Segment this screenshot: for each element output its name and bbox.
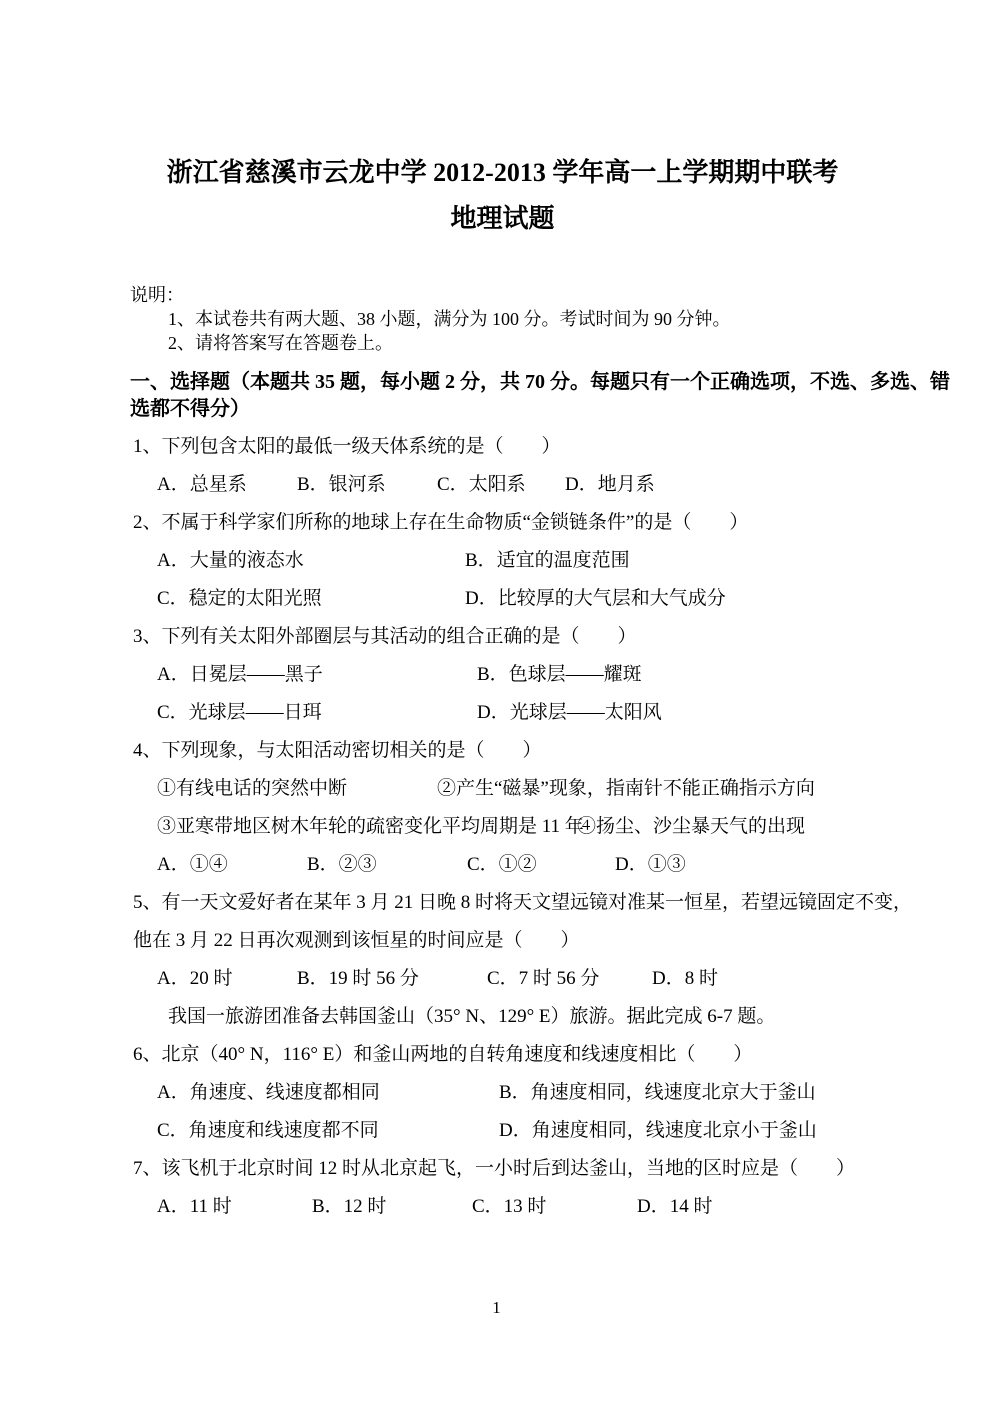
question-q7: 7、该飞机于北京时间 12 时从北京起飞，一小时后到达釜山，当地的区时应是（ ）… <box>130 1159 875 1217</box>
option: C．7 时 56 分 <box>487 969 652 989</box>
question-stem: 6、北京（40° N，116° E）和釜山两地的自转角速度和线速度相比（ ） <box>130 1045 875 1065</box>
option: ①有线电话的突然中断 <box>157 779 437 799</box>
option: A．日冕层——黑子 <box>157 665 477 685</box>
instruction-item-2: 2、请将答案写在答题卷上。 <box>130 331 875 355</box>
option: A．①④ <box>157 855 307 875</box>
option-row: A．11 时B．12 时C．13 时D．14 时 <box>130 1197 875 1217</box>
option-row: A．大量的液态水B．适宜的温度范围 <box>130 551 875 571</box>
instructions-heading: 说明： <box>130 283 875 307</box>
question-stem: 3、下列有关太阳外部圈层与其活动的组合正确的是（ ） <box>130 627 875 647</box>
question-flow: 1、下列包含太阳的最低一级天体系统的是（ ）A．总星系B．银河系C．太阳系D．地… <box>130 437 875 1217</box>
option: A．大量的液态水 <box>157 551 465 571</box>
option: B．适宜的温度范围 <box>465 551 630 571</box>
section-heading-line1: 一、选择题（本题共 35 题，每小题 2 分，共 70 分。每题只有一个正确选项… <box>130 371 950 393</box>
option: B．②③ <box>307 855 467 875</box>
option: A．总星系 <box>157 475 297 495</box>
doc-title-line1: 浙江省慈溪市云龙中学 2012-2013 学年高一上学期期中联考 <box>130 150 875 196</box>
option: B．色球层——耀斑 <box>477 665 642 685</box>
question-stem: 他在 3 月 22 日再次观测到该恒星的时间应是（ ） <box>130 931 875 951</box>
title-block: 浙江省慈溪市云龙中学 2012-2013 学年高一上学期期中联考 地理试题 <box>130 150 875 242</box>
question-q6: 6、北京（40° N，116° E）和釜山两地的自转角速度和线速度相比（ ）A．… <box>130 1045 875 1141</box>
question-q1: 1、下列包含太阳的最低一级天体系统的是（ ）A．总星系B．银河系C．太阳系D．地… <box>130 437 875 495</box>
section-heading-line2: 选都不得分） <box>130 398 250 420</box>
option: B．19 时 56 分 <box>297 969 487 989</box>
option: D．比较厚的大气层和大气成分 <box>465 589 726 609</box>
option: ④扬尘、沙尘暴天气的出现 <box>577 817 805 837</box>
option: C．①② <box>467 855 615 875</box>
option: A．20 时 <box>157 969 297 989</box>
option: B．银河系 <box>297 475 437 495</box>
question-stem: 5、有一天文爱好者在某年 3 月 21 日晚 8 时将天文望远镜对准某一恒星，若… <box>130 893 875 913</box>
option: ②产生“磁暴”现象，指南针不能正确指示方向 <box>437 779 815 799</box>
option-row: A．日冕层——黑子B．色球层——耀斑 <box>130 665 875 685</box>
option-row: A．20 时B．19 时 56 分C．7 时 56 分D．8 时 <box>130 969 875 989</box>
option-row: A．角速度、线速度都相同B．角速度相同，线速度北京大于釜山 <box>130 1083 875 1103</box>
option: D．8 时 <box>652 969 718 989</box>
instructions: 说明： 1、本试卷共有两大题、38 小题，满分为 100 分。考试时间为 90 … <box>130 283 875 355</box>
question-stem: 4、下列现象，与太阳活动密切相关的是（ ） <box>130 741 875 761</box>
option: D．角速度相同，线速度北京小于釜山 <box>499 1121 817 1141</box>
option: B．12 时 <box>312 1197 472 1217</box>
question-q3: 3、下列有关太阳外部圈层与其活动的组合正确的是（ ）A．日冕层——黑子B．色球层… <box>130 627 875 723</box>
option-row: A．①④B．②③C．①②D．①③ <box>130 855 875 875</box>
page-number: 1 <box>0 1298 993 1318</box>
option: D．14 时 <box>637 1197 712 1217</box>
option-row: ①有线电话的突然中断②产生“磁暴”现象，指南针不能正确指示方向 <box>130 779 875 799</box>
option: C．角速度和线速度都不同 <box>157 1121 499 1141</box>
option: C．13 时 <box>472 1197 637 1217</box>
option-row: C．角速度和线速度都不同D．角速度相同，线速度北京小于釜山 <box>130 1121 875 1141</box>
passage: 我国一旅游团准备去韩国釜山（35° N、129° E）旅游。据此完成 6-7 题… <box>130 1007 875 1027</box>
section-heading: 一、选择题（本题共 35 题，每小题 2 分，共 70 分。每题只有一个正确选项… <box>130 369 875 423</box>
question-q2: 2、不属于科学家们所称的地球上存在生命物质“金锁链条件”的是（ ）A．大量的液态… <box>130 513 875 609</box>
option-row: A．总星系B．银河系C．太阳系D．地月系 <box>130 475 875 495</box>
page-content: 浙江省慈溪市云龙中学 2012-2013 学年高一上学期期中联考 地理试题 说明… <box>0 0 993 1217</box>
option-row: C．光球层——日珥D．光球层——太阳风 <box>130 703 875 723</box>
option: D．地月系 <box>565 475 655 495</box>
question-stem: 7、该飞机于北京时间 12 时从北京起飞，一小时后到达釜山，当地的区时应是（ ） <box>130 1159 875 1179</box>
question-stem: 1、下列包含太阳的最低一级天体系统的是（ ） <box>130 437 875 457</box>
instruction-item-1: 1、本试卷共有两大题、38 小题，满分为 100 分。考试时间为 90 分钟。 <box>130 307 875 331</box>
question-stem: 2、不属于科学家们所称的地球上存在生命物质“金锁链条件”的是（ ） <box>130 513 875 533</box>
option: A．角速度、线速度都相同 <box>157 1083 499 1103</box>
question-q4: 4、下列现象，与太阳活动密切相关的是（ ）①有线电话的突然中断②产生“磁暴”现象… <box>130 741 875 875</box>
option: A．11 时 <box>157 1197 312 1217</box>
option: B．角速度相同，线速度北京大于釜山 <box>499 1083 816 1103</box>
option: C．光球层——日珥 <box>157 703 477 723</box>
doc-title-line2: 地理试题 <box>130 196 875 242</box>
option: D．①③ <box>615 855 686 875</box>
option: C．太阳系 <box>437 475 565 495</box>
question-q5: 5、有一天文爱好者在某年 3 月 21 日晚 8 时将天文望远镜对准某一恒星，若… <box>130 893 875 989</box>
option-row: C．稳定的太阳光照D．比较厚的大气层和大气成分 <box>130 589 875 609</box>
option: C．稳定的太阳光照 <box>157 589 465 609</box>
option-row: ③亚寒带地区树木年轮的疏密变化平均周期是 11 年④扬尘、沙尘暴天气的出现 <box>130 817 875 837</box>
option: D．光球层——太阳风 <box>477 703 662 723</box>
exam-page: 浙江省慈溪市云龙中学 2012-2013 学年高一上学期期中联考 地理试题 说明… <box>0 0 993 1404</box>
option: ③亚寒带地区树木年轮的疏密变化平均周期是 11 年 <box>157 817 577 837</box>
